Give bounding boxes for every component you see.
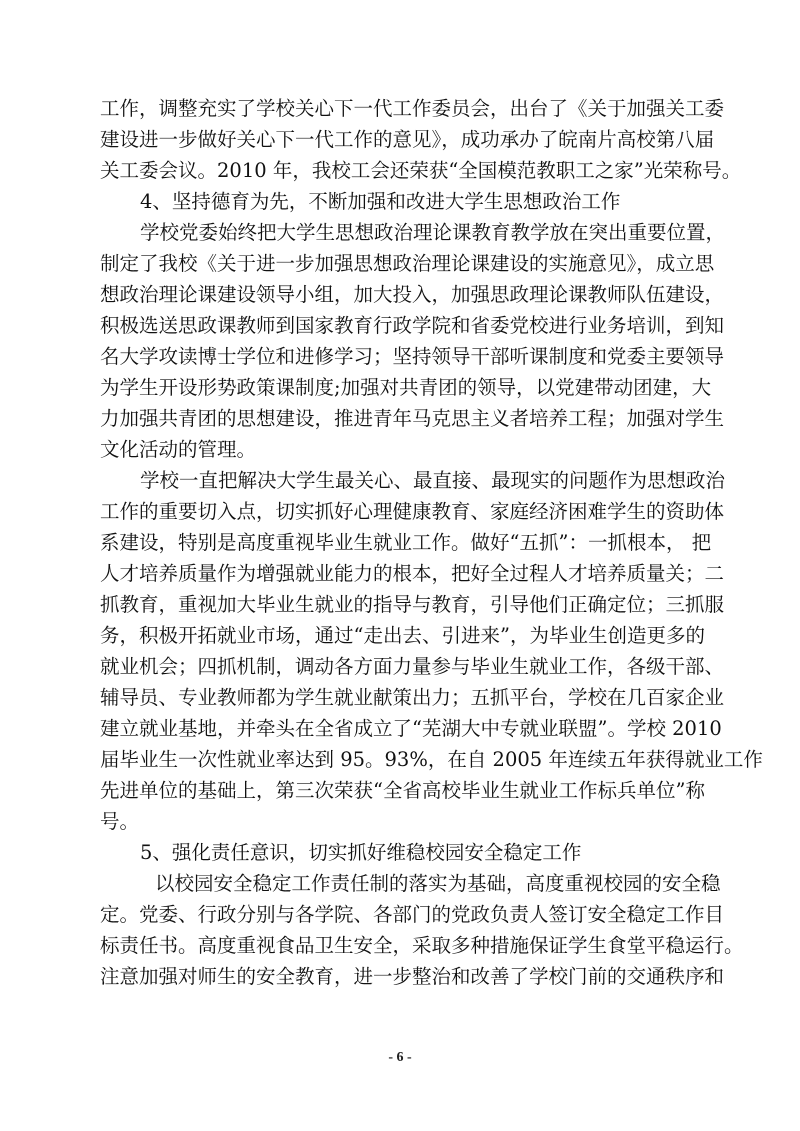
body-line: 先进单位的基础上，第三次荣获“全省高校毕业生就业工作标兵单位”称 <box>100 775 702 806</box>
body-line: 积极选送思政课教师到国家教育行政学院和省委党校进行业务培训，到知 <box>100 310 702 341</box>
body-line: 届毕业生一次性就业率达到 95。93%，在自 2005 年连续五年获得就业工作 <box>100 744 702 775</box>
body-line: 注意加强对师生的安全教育，进一步整治和改善了学校门前的交通秩序和 <box>100 961 702 992</box>
paragraph-last-line: 文化活动的管理。 <box>100 434 702 465</box>
body-line: 建立就业基地，并牵头在全省成立了“芜湖大中专就业联盟”。学校 2010 <box>100 713 702 744</box>
document-page: 工作，调整充实了学校关心下一代工作委员会，出台了《关于加强关工委 建设进一步做好… <box>0 0 800 1131</box>
body-line: 就业机会；四抓机制，调动各方面力量参与毕业生就业工作，各级干部、 <box>100 651 702 682</box>
body-line: 人才培养质量作为增强就业能力的根本，把好全过程人才培养质量关；二 <box>100 558 702 589</box>
paragraph-last-line: 号。 <box>100 806 702 837</box>
body-line: 力加强共青团的思想建设，推进青年马克思主义者培养工程；加强对学生 <box>100 403 702 434</box>
body-line: 想政治理论课建设领导小组，加大投入，加强思政理论课教师队伍建设， <box>100 279 702 310</box>
body-line: 工作的重要切入点，切实抓好心理健康教育、家庭经济困难学生的资助体 <box>100 496 702 527</box>
body-line: 制定了我校《关于进一步加强思想政治理论课建设的实施意见》，成立思 <box>100 248 702 279</box>
body-line: 务，积极开拓就业市场，通过“走出去、引进来”，为毕业生创造更多的 <box>100 620 702 651</box>
paragraph-first-line: 学校一直把解决大学生最关心、最直接、最现实的问题作为思想政治 <box>100 465 702 496</box>
body-line: 标责任书。高度重视食品卫生安全，采取多种措施保证学生食堂平稳运行。 <box>100 930 702 961</box>
body-line: 为学生开设形势政策课制度;加强对共青团的领导，以党建带动团建，大 <box>100 372 702 403</box>
body-line: 系建设，特别是高度重视毕业生就业工作。做好“五抓”：一抓根本， 把 <box>100 527 702 558</box>
paragraph-first-line: 学校党委始终把大学生思想政治理论课教育教学放在突出重要位置， <box>100 217 702 248</box>
body-line: 定。党委、行政分别与各学院、各部门的党政负责人签订安全稳定工作目 <box>100 899 702 930</box>
body-line: 辅导员、专业教师都为学生就业献策出力；五抓平台，学校在几百家企业 <box>100 682 702 713</box>
paragraph-first-line: 以校园安全稳定工作责任制的落实为基础，高度重视校园的安全稳 <box>100 868 702 899</box>
body-line: 名大学攻读博士学位和进修学习；坚持领导干部听课制度和党委主要领导 <box>100 341 702 372</box>
body-line: 建设进一步做好关心下一代工作的意见》，成功承办了皖南片高校第八届 <box>100 124 702 155</box>
document-body: 工作，调整充实了学校关心下一代工作委员会，出台了《关于加强关工委 建设进一步做好… <box>100 93 702 992</box>
body-line: 关工委会议。2010 年，我校工会还荣获“全国模范教职工之家”光荣称号。 <box>100 155 702 186</box>
body-line: 工作，调整充实了学校关心下一代工作委员会，出台了《关于加强关工委 <box>100 93 702 124</box>
section-heading-5: 5、强化责任意识，切实抓好维稳校园安全稳定工作 <box>100 837 702 868</box>
body-line: 抓教育，重视加大毕业生就业的指导与教育，引导他们正确定位；三抓服 <box>100 589 702 620</box>
section-heading-4: 4、坚持德育为先，不断加强和改进大学生思想政治工作 <box>100 186 702 217</box>
page-number: - 6 - <box>0 1050 800 1066</box>
